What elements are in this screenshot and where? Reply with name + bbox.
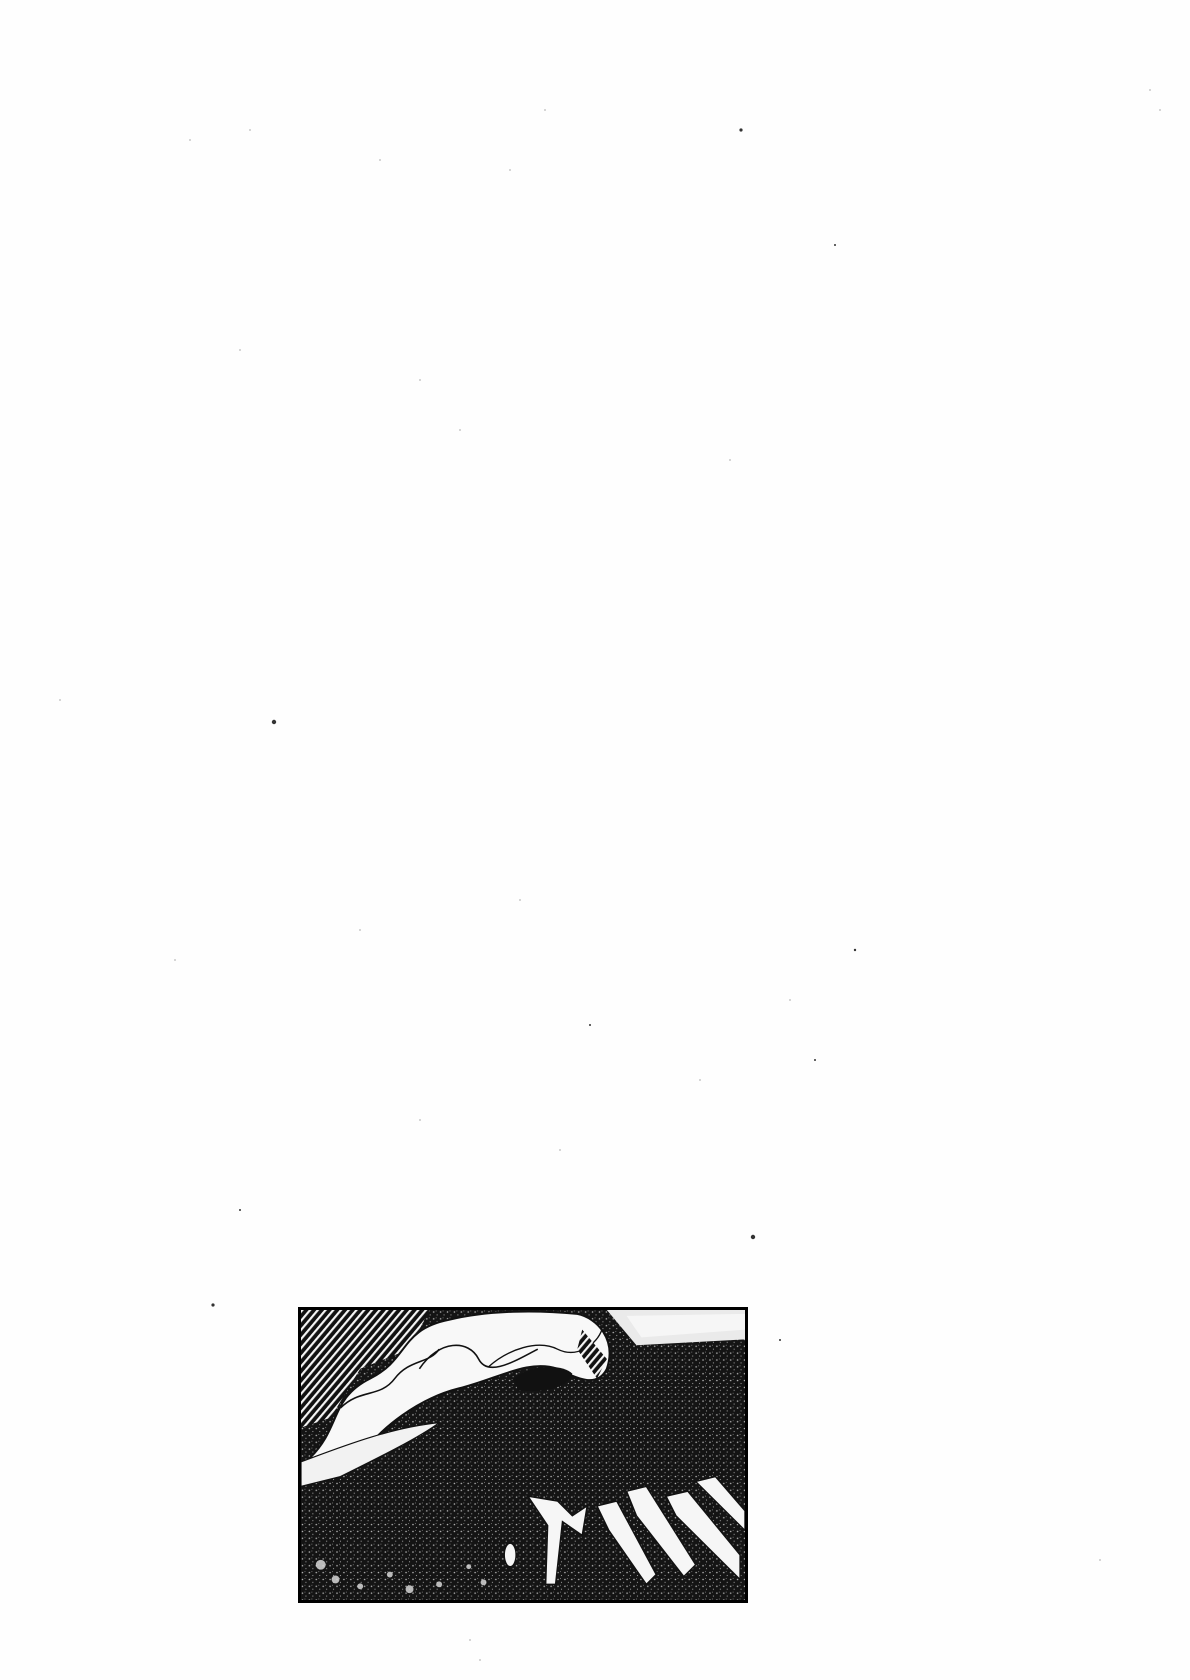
scanned-page bbox=[0, 0, 1190, 1680]
engraved-illustration bbox=[298, 1307, 748, 1603]
